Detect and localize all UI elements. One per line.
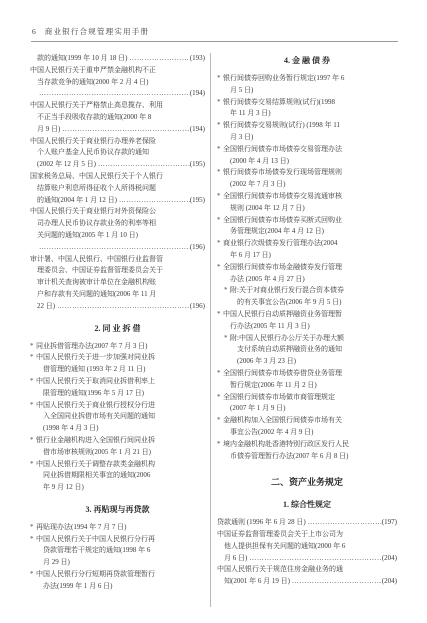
toc-column-left: 款的通知(1999 年 10 月 18 日)………………………………………………… xyxy=(30,53,205,593)
toc-line: *全国银行间债券市场金融债券发行管理 xyxy=(217,262,397,274)
bullet-marker: * xyxy=(30,352,36,364)
toc-entry: *全国银行间债券市场做市商管理规定(2007 年 1 月 9 日) xyxy=(217,392,397,416)
bullet-marker: * xyxy=(217,262,223,274)
toc-entry: 中国人民银行关于重申严禁金融机构不正当存款竞争的通知(2000 年 2 月 4 … xyxy=(30,65,205,100)
toc-line: 年 9 月 12 日) xyxy=(30,482,205,494)
toc-column-right: 4. 金 融 债 券*银行间债券回购业务暂行规定(1997 年 6月 5 日)*… xyxy=(217,53,397,588)
toc-line: *全国银行间债券市场债券交易管理办法 xyxy=(217,144,397,156)
leader-dots: ………………………………………………………………………………………………………… xyxy=(247,553,381,565)
page-ref: (204) xyxy=(382,553,397,565)
bullet-marker: * xyxy=(217,215,223,227)
leader-dots: ………………………………………………………………………………………………………… xyxy=(127,53,189,65)
toc-line: *金融机构加入全国银行间债券市场有关 xyxy=(217,415,397,427)
toc-line: *附:中国人民银行办公厅关于办理大额 xyxy=(217,333,397,345)
leader-dots: ………………………………………………………………………………………………………… xyxy=(306,517,382,529)
toc-entry: 贷款通则 (1996 年 6 月 28 日)………………………………………………… xyxy=(217,517,397,529)
page-header: 6 商业银行合规管理实用手册 xyxy=(32,27,397,37)
toc-line: 款的通知(1999 年 10 月 18 日)………………………………………………… xyxy=(30,53,205,65)
toc-entry: 中国人民银行关于商业银行办理养老保险个人账户基金人民币协议存款的通知(2002 … xyxy=(30,136,205,171)
page-ref: (195) xyxy=(190,159,205,171)
toc-line: 限管理的通知(1996 年 5 月 17 日) xyxy=(30,388,205,400)
leader-dots: ………………………………………………………………………………………………………… xyxy=(96,159,190,171)
toc-line: 月 5 日) xyxy=(217,85,397,97)
toc-line: *中国人民银行自动质押融资业务管理暂 xyxy=(217,309,397,321)
bullet-marker: * xyxy=(217,439,223,451)
toc-line: 办法 (2005 年 4 月 27 日) xyxy=(217,274,397,286)
bullet-marker: * xyxy=(217,120,223,132)
toc-entry: *中国人民银行关于调整存款类金融机构同业拆借期限相关事宜的通知(2006年 9 … xyxy=(30,459,205,494)
leader-dots: ………………………………………………………………………………………………………… xyxy=(55,301,190,313)
bullet-marker: * xyxy=(217,415,223,427)
toc-line-text: 的通知(2004 年 1 月 12 日) xyxy=(37,195,117,207)
toc-line: *商业银行次级债券发行管理办法(2004 xyxy=(217,238,397,250)
toc-line: 司办理人民币协议存款业务的利率等相 xyxy=(30,218,205,230)
bullet-marker: * xyxy=(30,376,36,388)
toc-line: 入全国同业拆借市场有关问题的通知 xyxy=(30,411,205,423)
toc-entry: *全国银行间债券市场债券买断式回购业务管理规定(2004 年 4 月 12 日) xyxy=(217,215,397,239)
page-ref: (193) xyxy=(190,53,205,65)
toc-line: 审计署、中国人民银行、中国银行业监督管 xyxy=(30,254,205,266)
toc-entry: *全国银行间债券市场债券交易流通审核规则 (2004 年 12 月 7 日) xyxy=(217,191,397,215)
toc-line: 中国人民银行关于重申严禁金融机构不正 xyxy=(30,65,205,77)
toc-line: *全国银行间债券市场债券交易流通审核 xyxy=(217,191,397,203)
section-heading: 2. 同 业 拆 借 xyxy=(30,322,205,335)
bullet-marker: * xyxy=(30,522,36,534)
page-ref: (194) xyxy=(190,88,205,100)
toc-line: 月 6 日)…………………………………………………………………………………………… xyxy=(217,553,397,565)
toc-line: (2002 年 12 月 5 日)……………………………………………………………… xyxy=(30,159,205,171)
leader-dots: ………………………………………………………………………………………………………… xyxy=(37,242,190,254)
toc-line: 行办法(2005 年 11 月 3 日) xyxy=(217,321,397,333)
bullet-marker: * xyxy=(217,392,223,404)
toc-line: *中国人民银行关于取消同业拆借利率上 xyxy=(30,376,205,388)
toc-line: (2000 年 4 月 13 日) xyxy=(217,156,397,168)
bullet-marker: * xyxy=(217,309,223,321)
toc-line: 借管理的通知 (1993 年 2 月 11 日) xyxy=(30,364,205,376)
leader-dots: ………………………………………………………………………………………………………… xyxy=(37,88,190,100)
bullet-marker: * xyxy=(217,97,223,109)
bullet-marker: * xyxy=(217,73,223,85)
toc-entry: *中国人民银行关于商业银行授权分行进入全国同业拆借市场有关问题的通知(1998 … xyxy=(30,400,205,435)
toc-line: 的有关事宜公告(2006 年 9 月 5 日) xyxy=(217,297,397,309)
section-heading: 1. 综合性规定 xyxy=(217,498,397,511)
toc-line: …………………………………………………………………………………………………………… xyxy=(30,88,205,100)
toc-entry: *中国人民银行关于取消同业拆借利率上限管理的通知(1996 年 5 月 17 日… xyxy=(30,376,205,400)
toc-line: 个人账户基金人民币协议存款的通知 xyxy=(30,147,205,159)
toc-line: 同业拆借期限相关事宜的通知(2006 xyxy=(30,470,205,482)
toc-entry: *全国银行间债券市场金融债券发行管理办法 (2005 年 4 月 27 日) xyxy=(217,262,397,286)
toc-line: 暂行规定(2006 年 11 月 2 日) xyxy=(217,380,397,392)
bullet-marker: * xyxy=(217,191,223,203)
toc-entry: *全国银行间债券市场债券借贷业务管理暂行规定(2006 年 11 月 2 日) xyxy=(217,368,397,392)
toc-entry: *再贴现办法(1994 年 7 月 7 日) xyxy=(30,522,205,534)
book-title: 商业银行合规管理实用手册 xyxy=(45,27,149,37)
toc-line: 中国人民银行关于严格禁止高息揽存、利用 xyxy=(30,100,205,112)
toc-line: 币债券管理暂行办法(2007 年 6 月 8 日) xyxy=(217,451,397,463)
toc-line: 贷款管理若干规定的通知(1998 年 6 xyxy=(30,545,205,557)
toc-line: 理委员会、中国证券监督管理委员会关于 xyxy=(30,265,205,277)
toc-line: 中国人民银行关于商业银行办理养老保险 xyxy=(30,136,205,148)
toc-entry: *金融机构加入全国银行间债券市场有关事宜公告(2002 年 4 月 9 日) xyxy=(217,415,397,439)
toc-line: 的通知(2004 年 1 月 12 日)……………………………………………………… xyxy=(30,195,205,207)
toc-line: 户和存款有关问题的通知(2006 年 11 月 xyxy=(30,289,205,301)
toc-line: 年 11 月 3 日) xyxy=(217,108,397,120)
toc-line: 规则 (2004 年 12 月 7 日) xyxy=(217,203,397,215)
page-ref: (194) xyxy=(190,124,205,136)
toc-line-text: 贷款通则 (1996 年 6 月 28 日) xyxy=(217,517,306,529)
toc-line: 国家税务总局、中国人民银行关于个人银行 xyxy=(30,171,205,183)
toc-line: (2006 年 3 月 23 日) xyxy=(217,356,397,368)
toc-line: (2007 年 1 月 9 日) xyxy=(217,403,397,415)
toc-line: *中国人民银行关于进一步加强对同业拆 xyxy=(30,352,205,364)
toc-line: 22 日)……………………………………………………………………………………………… xyxy=(30,301,205,313)
bullet-marker: * xyxy=(30,569,36,581)
toc-entry: *中国人民银行关于进一步加强对同业拆借管理的通知 (1993 年 2 月 11 … xyxy=(30,352,205,376)
toc-entry: 审计署、中国人民银行、中国银行业监督管理委员会、中国证券监督管理委员会关于审计机… xyxy=(30,254,205,313)
toc-entry: *境内金融机构赴香港特别行政区发行人民币债券管理暂行办法(2007 年 6 月 … xyxy=(217,439,397,463)
page-ref: (204) xyxy=(382,576,397,588)
page-number: 6 xyxy=(32,27,36,37)
toc-line: 借市场审核规则(2005 年 1 月 21 日) xyxy=(30,447,205,459)
toc-entry: *银行间债券回购业务暂行规定(1997 年 6月 5 日) xyxy=(217,73,397,97)
section-heading: 二、资产业务规定 xyxy=(217,475,397,489)
section-heading: 3. 再贴现与再贷款 xyxy=(30,503,205,516)
toc-line: *全国银行间债券市场债券借贷业务管理 xyxy=(217,368,397,380)
toc-line: 关问题的通知(2005 年 1 月 10 日) xyxy=(30,230,205,242)
toc-line: *银行间债券交易规则(试行) (1998 年 11 xyxy=(217,120,397,132)
toc-entry: *附:中国人民银行办公厅关于办理大额支付系统自动质押融资业务的通知(2006 年… xyxy=(217,333,397,368)
bullet-marker: * xyxy=(224,333,230,345)
toc-line: *中国人民银行关于商业银行授权分行进 xyxy=(30,400,205,412)
leader-dots: ………………………………………………………………………………………………………… xyxy=(290,576,382,588)
toc-line-text: (2002 年 12 月 5 日) xyxy=(37,159,96,171)
leader-dots: ………………………………………………………………………………………………………… xyxy=(117,195,190,207)
toc-line: 他人提供担保有关问题的通知(2000 年 6 xyxy=(217,541,397,553)
bullet-marker: * xyxy=(30,400,36,412)
toc-entry: *银行间债券交易规则(试行) (1998 年 11月 3 日) xyxy=(217,120,397,144)
toc-entry: *中国人民银行关于中国人民银行分行再贷款管理若干规定的通知(1998 年 6月 … xyxy=(30,534,205,569)
toc-line: *中国人民银行分行短期再贷款管理暂行 xyxy=(30,569,205,581)
toc-entry: 中国人民银行关于规范住房金融业务的通知(2001 年 6 月 19 日)…………… xyxy=(217,564,397,588)
bullet-marker: * xyxy=(30,459,36,471)
toc-line: 务管理规定(2004 年 4 月 12 日) xyxy=(217,226,397,238)
toc-line: 年 6 月 17 日) xyxy=(217,250,397,262)
book-page: 6 商业银行合规管理实用手册 款的通知(1999 年 10 月 18 日)………… xyxy=(0,0,427,623)
toc-line: *再贴现办法(1994 年 7 月 7 日) xyxy=(30,522,205,534)
toc-line: *银行间债券交易结算规则(试行)(1998 xyxy=(217,97,397,109)
toc-line: 月 29 日) xyxy=(30,557,205,569)
toc-line-text: 款的通知(1999 年 10 月 18 日) xyxy=(37,53,127,65)
toc-entry: 款的通知(1999 年 10 月 18 日)………………………………………………… xyxy=(30,53,205,65)
column-divider xyxy=(210,53,211,607)
leader-dots: ………………………………………………………………………………………………………… xyxy=(60,124,189,136)
bullet-marker: * xyxy=(217,368,223,380)
toc-line: *同业拆借管理办法(2007 年 7 月 3 日) xyxy=(30,341,205,353)
toc-line: *境内金融机构赴香港特别行政区发行人民 xyxy=(217,439,397,451)
toc-line: 月 3 日) xyxy=(217,132,397,144)
toc-line: 结算账户利息所得征收个人所得税问题 xyxy=(30,183,205,195)
page-ref: (196) xyxy=(190,242,205,254)
toc-entry: *全国银行间债券市场债券交易管理办法(2000 年 4 月 13 日) xyxy=(217,144,397,168)
toc-entry: *附:关于对商业银行发行混合资本债券的有关事宜公告(2006 年 9 月 5 日… xyxy=(217,285,397,309)
bullet-marker: * xyxy=(217,144,223,156)
toc-line: *全国银行间债券市场债券买断式回购业 xyxy=(217,215,397,227)
header-rule xyxy=(31,41,398,42)
toc-entry: 中国人民银行关于商业银行对外资保险公司办理人民币协议存款业务的利率等相关问题的通… xyxy=(30,206,205,253)
toc-line: *附:关于对商业银行发行混合资本债券 xyxy=(217,285,397,297)
toc-entry: *同业拆借管理办法(2007 年 7 月 3 日) xyxy=(30,341,205,353)
toc-entry: *商业银行次级债券发行管理办法(2004年 6 月 17 日) xyxy=(217,238,397,262)
toc-line: *中国人民银行关于中国人民银行分行再 xyxy=(30,534,205,546)
toc-entry: 中国人民银行关于严格禁止高息揽存、利用不正当手段吸收存款的通知(2000 年 8… xyxy=(30,100,205,135)
bullet-marker: * xyxy=(217,238,223,250)
toc-line: 不正当手段吸收存款的通知(2000 年 8 xyxy=(30,112,205,124)
page-ref: (195) xyxy=(190,195,205,207)
toc-line-text: 知(2001 年 6 月 19 日) xyxy=(224,576,290,588)
toc-entry: 中国证券监督管理委员会关于上市公司为他人提供担保有关问题的通知(2000 年 6… xyxy=(217,529,397,564)
bullet-marker: * xyxy=(30,341,36,353)
toc-line: 贷款通则 (1996 年 6 月 28 日)………………………………………………… xyxy=(217,517,397,529)
bullet-marker: * xyxy=(224,285,230,297)
toc-line-text: 22 日) xyxy=(37,301,55,313)
toc-entry: *银行业金融机构进入全国银行间同业拆借市场审核规则(2005 年 1 月 21 … xyxy=(30,435,205,459)
toc-entry: *银行间债券市场债券发行现场管理规则(2002 年 7 月 3 日) xyxy=(217,167,397,191)
toc-line: 当存款竞争的通知(2000 年 2 月 4 日) xyxy=(30,77,205,89)
toc-line: *全国银行间债券市场做市商管理规定 xyxy=(217,392,397,404)
toc-line: 中国人民银行关于商业银行对外资保险公 xyxy=(30,206,205,218)
bullet-marker: * xyxy=(30,534,36,546)
toc-line: *中国人民银行关于调整存款类金融机构 xyxy=(30,459,205,471)
toc-entry: *银行间债券交易结算规则(试行)(1998年 11 月 3 日) xyxy=(217,97,397,121)
toc-line: 支付系统自动质押融资业务的通知 xyxy=(217,344,397,356)
page-ref: (197) xyxy=(382,517,397,529)
toc-line: 月 9 日)…………………………………………………………………………………………… xyxy=(30,124,205,136)
toc-line: 事宜公告(2002 年 4 月 9 日) xyxy=(217,427,397,439)
toc-line: 办法(1999 年 1 月 6 日) xyxy=(30,581,205,593)
bullet-marker: * xyxy=(217,167,223,179)
toc-line: 审计机关查询被审计单位在金融机构账 xyxy=(30,277,205,289)
page-ref: (196) xyxy=(190,301,205,313)
toc-line: (2002 年 7 月 3 日) xyxy=(217,179,397,191)
toc-line: 中国人民银行关于规范住房金融业务的通 xyxy=(217,564,397,576)
toc-line: (1998 年 4 月 3 日) xyxy=(30,423,205,435)
toc-line: 知(2001 年 6 月 19 日)…………………………………………………………… xyxy=(217,576,397,588)
toc-entry: *中国人民银行分行短期再贷款管理暂行办法(1999 年 1 月 6 日) xyxy=(30,569,205,593)
bullet-marker: * xyxy=(30,435,36,447)
toc-entry: *中国人民银行自动质押融资业务管理暂行办法(2005 年 11 月 3 日) xyxy=(217,309,397,333)
toc-line-text: 月 6 日) xyxy=(224,553,247,565)
toc-line: *银行间债券市场债券发行现场管理规则 xyxy=(217,167,397,179)
toc-line-text: 月 9 日) xyxy=(37,124,60,136)
toc-line: 中国证券监督管理委员会关于上市公司为 xyxy=(217,529,397,541)
section-heading: 4. 金 融 债 券 xyxy=(217,54,397,67)
toc-entry: 国家税务总局、中国人民银行关于个人银行结算账户利息所得征收个人所得税问题的通知(… xyxy=(30,171,205,206)
toc-line: *银行间债券回购业务暂行规定(1997 年 6 xyxy=(217,73,397,85)
toc-line: …………………………………………………………………………………………………………… xyxy=(30,242,205,254)
toc-line: *银行业金融机构进入全国银行间同业拆 xyxy=(30,435,205,447)
